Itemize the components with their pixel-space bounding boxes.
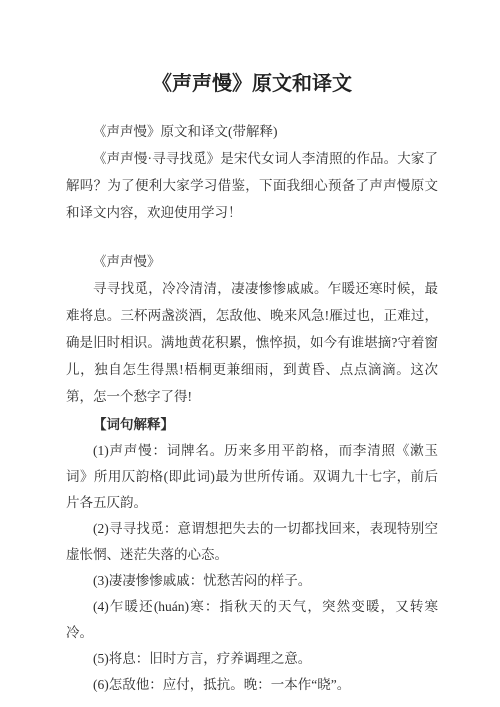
- subtitle-paragraph: 《声声慢》原文和译文(带解释): [66, 118, 438, 145]
- annotation-item-4: (4)乍暖还(huán)寒：指秋天的天气，突然变暖，又转寒冷。: [66, 594, 438, 646]
- document-content: 《声声慢》原文和译文 《声声慢》原文和译文(带解释) 《声声慢·寻寻找觅》是宋代…: [0, 0, 500, 698]
- poem-title: 《声声慢》: [66, 248, 438, 275]
- poem-text: 寻寻找觅，冷冷清清，凄凄惨惨戚戚。乍暖还寒时候，最难将息。三杯两盏淡酒，怎敌他、…: [66, 275, 438, 410]
- annotation-item-6: (6)怎敌他：应付，抵抗。晚：一本作“晓”。: [66, 672, 438, 698]
- blank-line: [66, 226, 438, 248]
- intro-paragraph: 《声声慢·寻寻找觅》是宋代女词人李清照的作品。大家了解吗？为了便利大家学习借鉴，…: [66, 145, 438, 226]
- document-page: 《声声慢》原文和译文 《声声慢》原文和译文(带解释) 《声声慢·寻寻找觅》是宋代…: [0, 0, 500, 707]
- section-heading-annotations: 【词句解释】: [66, 412, 438, 438]
- annotation-item-1: (1)声声慢：词牌名。历来多用平韵格，而李清照《漱玉词》所用仄韵格(即此词)最为…: [66, 438, 438, 516]
- annotation-item-3: (3)凄凄惨惨戚戚：忧愁苦闷的样子。: [66, 568, 438, 594]
- annotation-item-2: (2)寻寻找觅：意谓想把失去的一切都找回来，表现特别空虚怅惘、迷茫失落的心态。: [66, 516, 438, 568]
- page-number: - 1 -: [0, 653, 500, 667]
- page-title: 《声声慢》原文和译文: [66, 70, 438, 98]
